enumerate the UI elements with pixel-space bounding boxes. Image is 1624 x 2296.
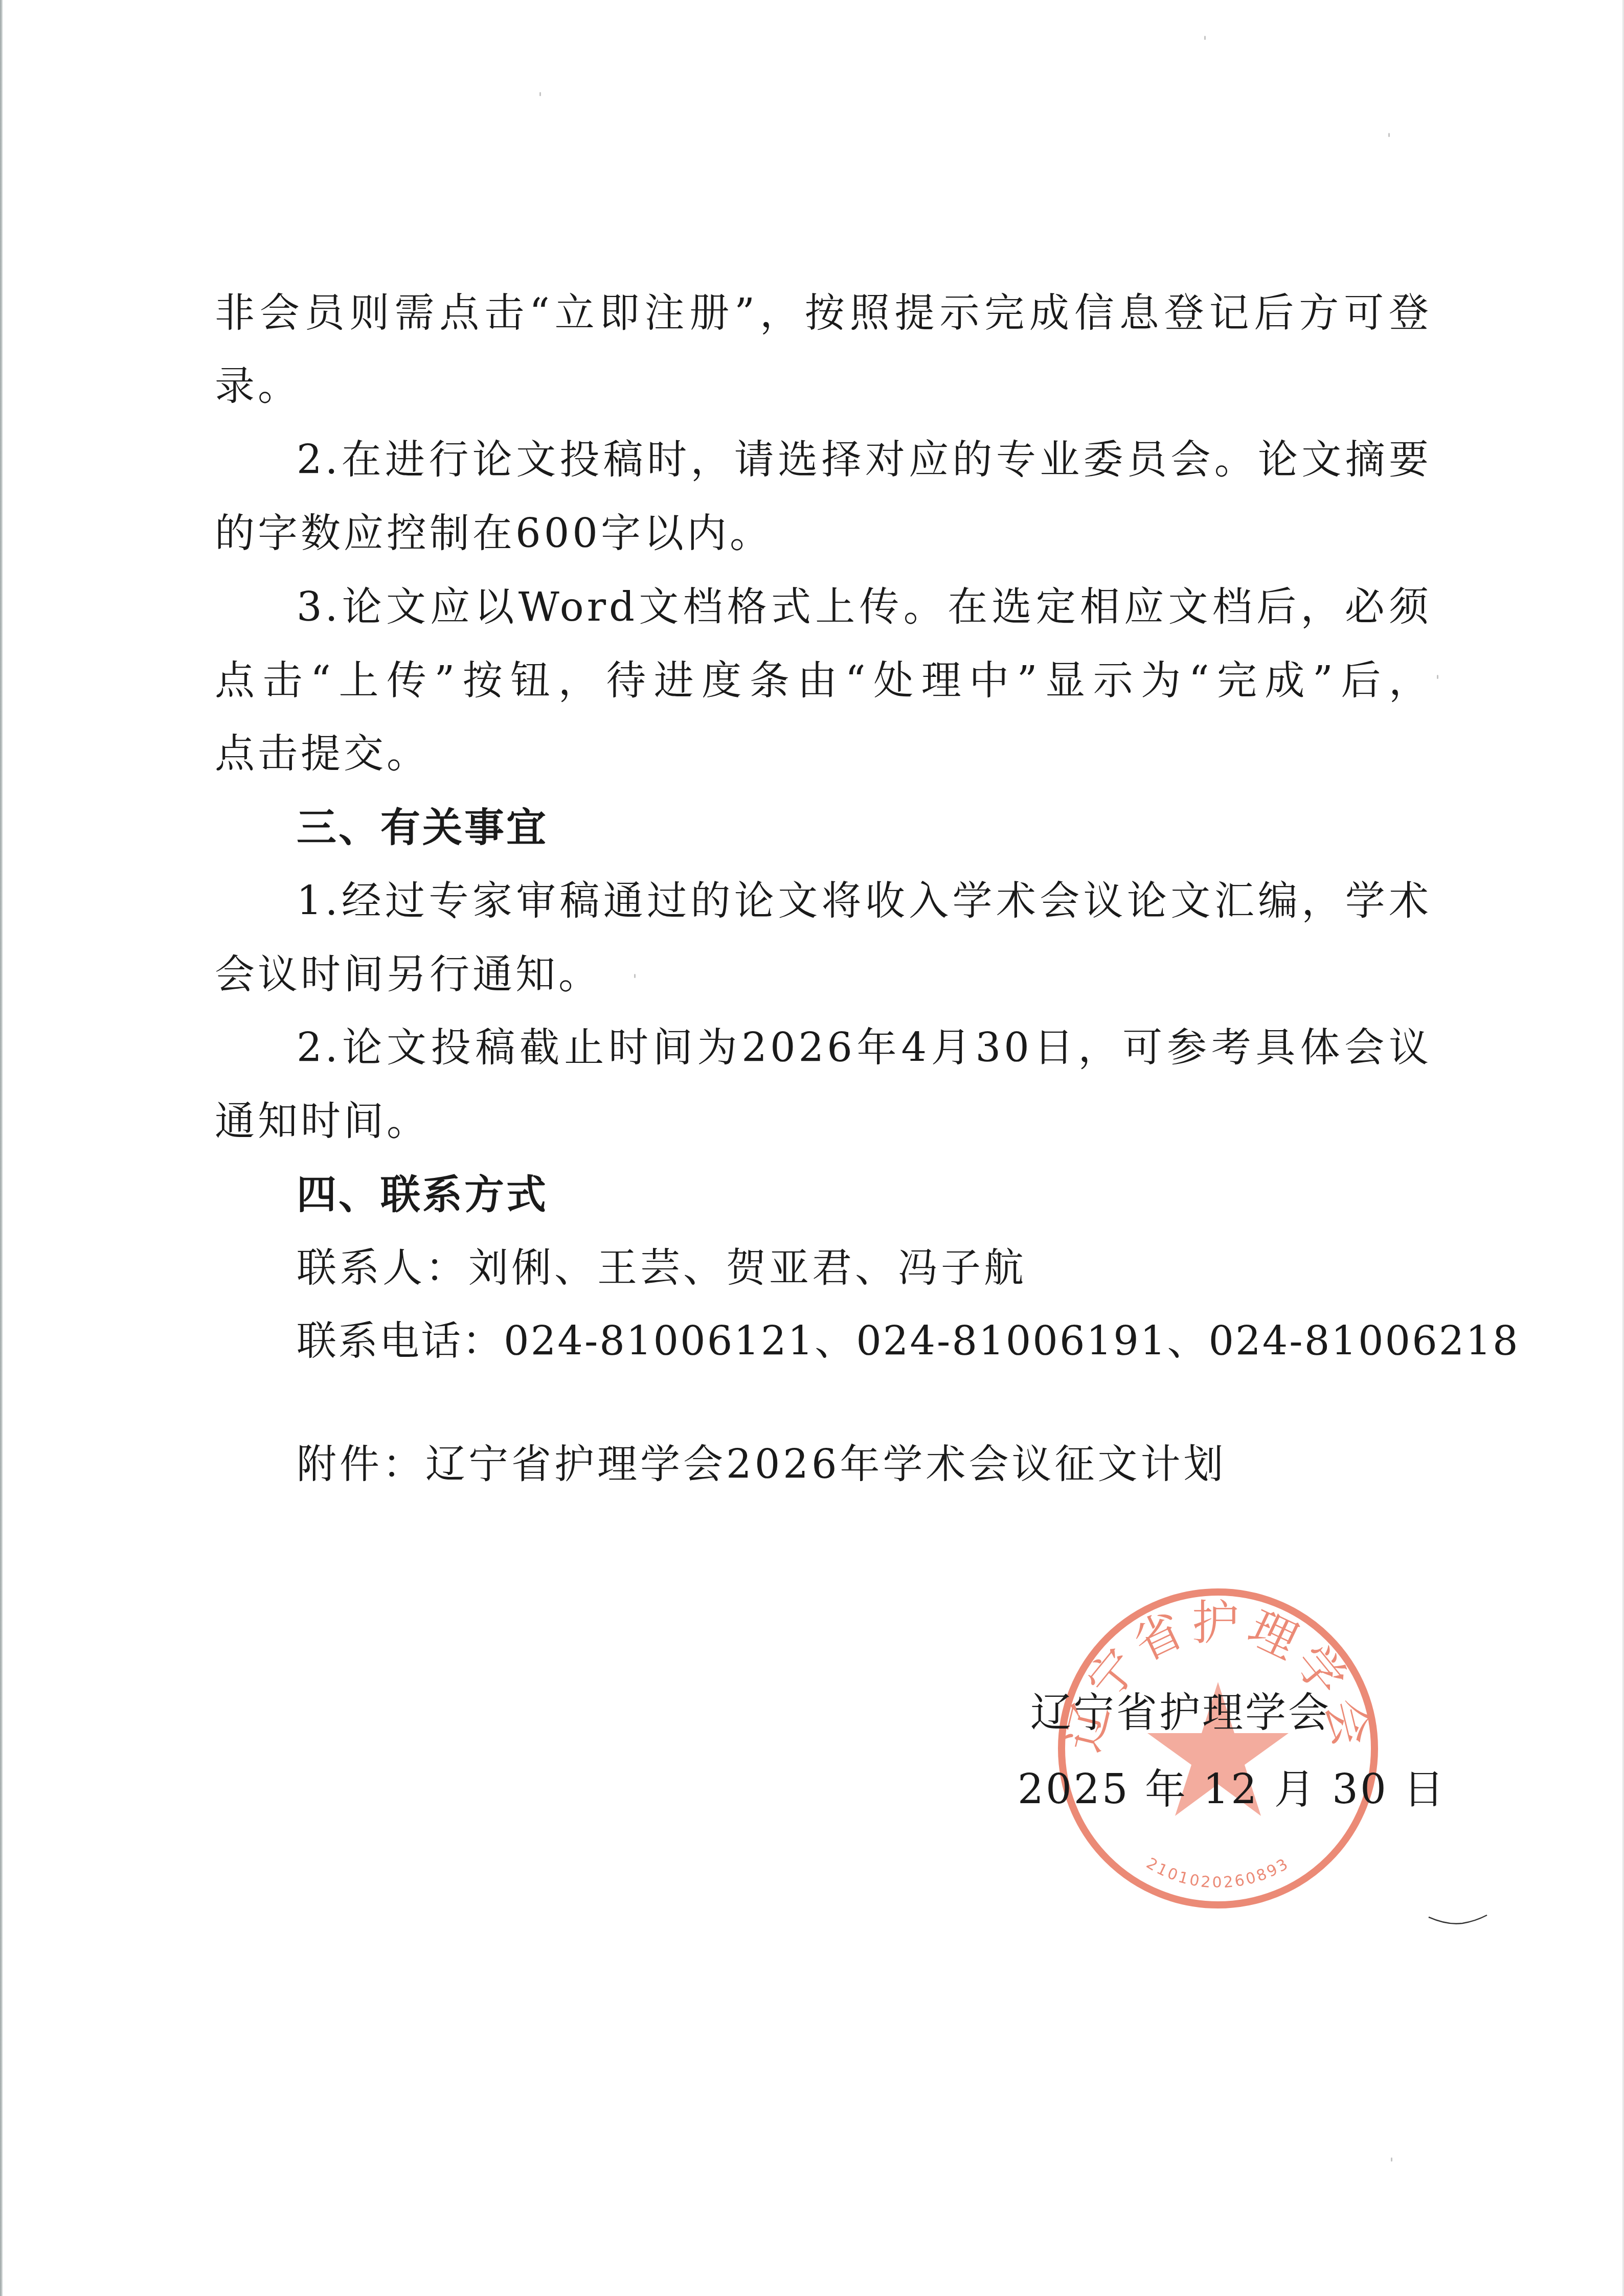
scan-speck: [1391, 2157, 1392, 2162]
paragraph-line: 1.经过专家审稿通过的论文将收入学术会议论文汇编，学术: [297, 876, 1432, 927]
paragraph-line: 会议时间另行通知。: [215, 949, 1432, 1001]
section-heading: 三、有关事宜: [297, 803, 1432, 854]
scan-speck: [539, 92, 541, 96]
signature-organization: 辽宁省护理学会: [1030, 1687, 1331, 1738]
section-heading: 四、联系方式: [297, 1170, 1432, 1221]
scan-speck: [634, 974, 636, 978]
signature-date: 2025 年 12 月 30 日: [1018, 1764, 1446, 1815]
paragraph-line: 2.论文投稿截止时间为2026年4月30日，可参考具体会议: [297, 1022, 1432, 1074]
official-seal: 辽宁省护理学会 2101020260893: [1054, 1585, 1382, 1912]
paragraph-line: 通知时间。: [215, 1096, 1432, 1147]
paragraph-line: 点击“上传”按钮，待进度条由“处理中”显示为“完成”后，: [215, 655, 1432, 707]
contact-phones: 联系电话：024-81006121、024-81006191、024-81006…: [297, 1316, 1432, 1367]
scan-speck: [1437, 675, 1438, 679]
document-page: 非会员则需点击“立即注册”，按照提示完成信息登记后方可登 录。 2.在进行论文投…: [0, 0, 1624, 2296]
paragraph-line: 非会员则需点击“立即注册”，按照提示完成信息登记后方可登: [215, 288, 1432, 339]
scan-speck: [1388, 133, 1390, 137]
paragraph-line: 2.在进行论文投稿时，请选择对应的专业委员会。论文摘要: [297, 435, 1432, 486]
paragraph-line: 的字数应控制在600字以内。: [215, 508, 1432, 559]
scan-mark: [1427, 1912, 1493, 1933]
attachment-line: 附件：辽宁省护理学会2026年学术会议征文计划: [297, 1439, 1432, 1490]
scan-speck: [1204, 36, 1206, 40]
seal-number: 2101020260893: [1143, 1854, 1293, 1892]
paragraph-line: 3.论文应以Word文档格式上传。在选定相应文档后，必须: [297, 582, 1432, 633]
paragraph-line: 录。: [215, 361, 1432, 412]
paragraph-line: 点击提交。: [215, 729, 1432, 780]
svg-text:2101020260893: 2101020260893: [1143, 1854, 1293, 1892]
contact-persons: 联系人：刘俐、王芸、贺亚君、冯子航: [297, 1243, 1432, 1294]
